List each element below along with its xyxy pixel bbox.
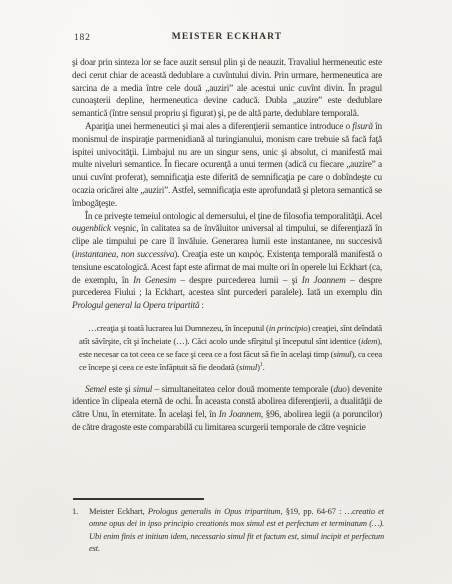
body-paragraph: Semel este şi simul – simultaneitatea ce… — [72, 384, 382, 435]
block-quote: …creaţia şi toată lucrarea lui Dumnezeu,… — [79, 322, 382, 374]
body-text: şi doar prin sinteza lor se face auzit s… — [72, 57, 382, 435]
running-title: MEISTER ECKHART — [72, 32, 382, 42]
page-header: 182 MEISTER ECKHART — [72, 32, 382, 48]
footnote-area: 1. Meister Eckhart, Prologus generalis i… — [72, 498, 384, 554]
page-number: 182 — [74, 33, 91, 43]
document-page: 182 MEISTER ECKHART şi doar prin sinteza… — [0, 0, 452, 584]
body-paragraph: şi doar prin sinteza lor se face auzit s… — [72, 57, 382, 121]
text-block: 182 MEISTER ECKHART şi doar prin sinteza… — [72, 32, 382, 435]
footnote-text: Meister Eckhart, Prologus generalis in O… — [89, 505, 384, 554]
footnote: 1. Meister Eckhart, Prologus generalis i… — [72, 505, 384, 554]
body-paragraph: Apariţia unei hermeneutici şi mai ales a… — [72, 121, 382, 211]
footnote-number: 1. — [72, 505, 89, 554]
footnote-rule — [73, 498, 204, 500]
body-paragraph: În ce priveşte temeiul ontologic al deme… — [72, 211, 382, 313]
